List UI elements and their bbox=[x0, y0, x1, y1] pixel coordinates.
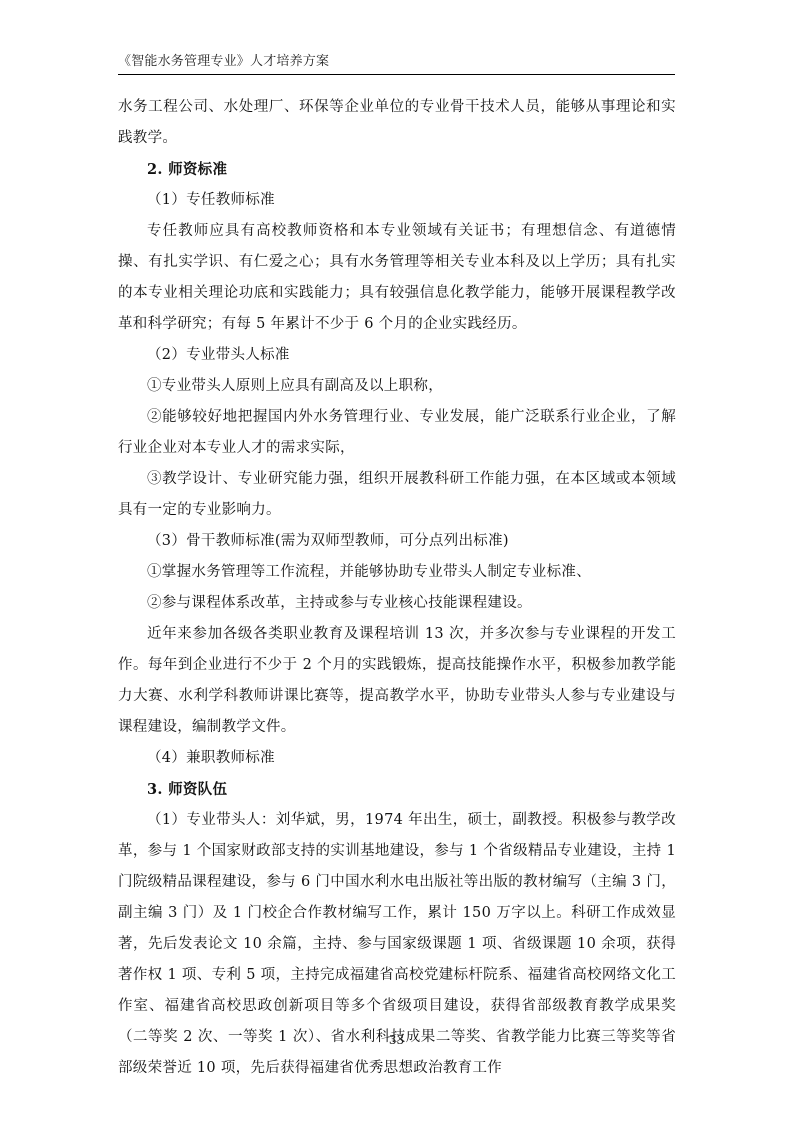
list-item-core-2: ②参与课程体系改革，主持或参与专业核心技能课程建设。 bbox=[118, 588, 676, 619]
list-item-core-1: ①掌握水务管理等工作流程，并能够协助专业带头人制定专业标准、 bbox=[118, 557, 676, 588]
section-heading-teacher-standards: 2. 师资标准 bbox=[118, 154, 676, 185]
list-item-leader-3: ③教学设计、专业研究能力强，组织开展教科研工作能力强，在本区域或本领域具有一定的… bbox=[118, 464, 676, 526]
subheading-parttime-teacher: （4）兼职教师标准 bbox=[118, 743, 676, 774]
subheading-fulltime-teacher: （1）专任教师标准 bbox=[118, 185, 676, 216]
page-header: 《智能水务管理专业》人才培养方案 bbox=[118, 52, 675, 75]
subheading-program-leader: （2）专业带头人标准 bbox=[118, 340, 676, 371]
subheading-core-teacher: （3）骨干教师标准(需为双师型教师，可分点列出标准) bbox=[118, 526, 676, 557]
paragraph-continuation: 水务工程公司、水处理厂、环保等企业单位的专业骨干技术人员，能够从事理论和实践教学… bbox=[118, 92, 676, 154]
page-number: 33 bbox=[0, 1033, 793, 1047]
paragraph-core-teacher: 近年来参加各级各类职业教育及课程培训 13 次，并多次参与专业课程的开发工作。每… bbox=[118, 619, 676, 743]
paragraph-fulltime-teacher: 专任教师应具有高校教师资格和本专业领域有关证书；有理想信念、有道德情操、有扎实学… bbox=[118, 216, 676, 340]
list-item-leader-2: ②能够较好地把握国内外水务管理行业、专业发展，能广泛联系行业企业，了解行业企业对… bbox=[118, 402, 676, 464]
document-title: 《智能水务管理专业》人才培养方案 bbox=[118, 52, 675, 72]
document-body: 水务工程公司、水处理厂、环保等企业单位的专业骨干技术人员，能够从事理论和实践教学… bbox=[118, 92, 676, 1084]
list-item-leader-1: ①专业带头人原则上应具有副高及以上职称， bbox=[118, 371, 676, 402]
section-heading-teaching-team: 3. 师资队伍 bbox=[118, 774, 676, 805]
